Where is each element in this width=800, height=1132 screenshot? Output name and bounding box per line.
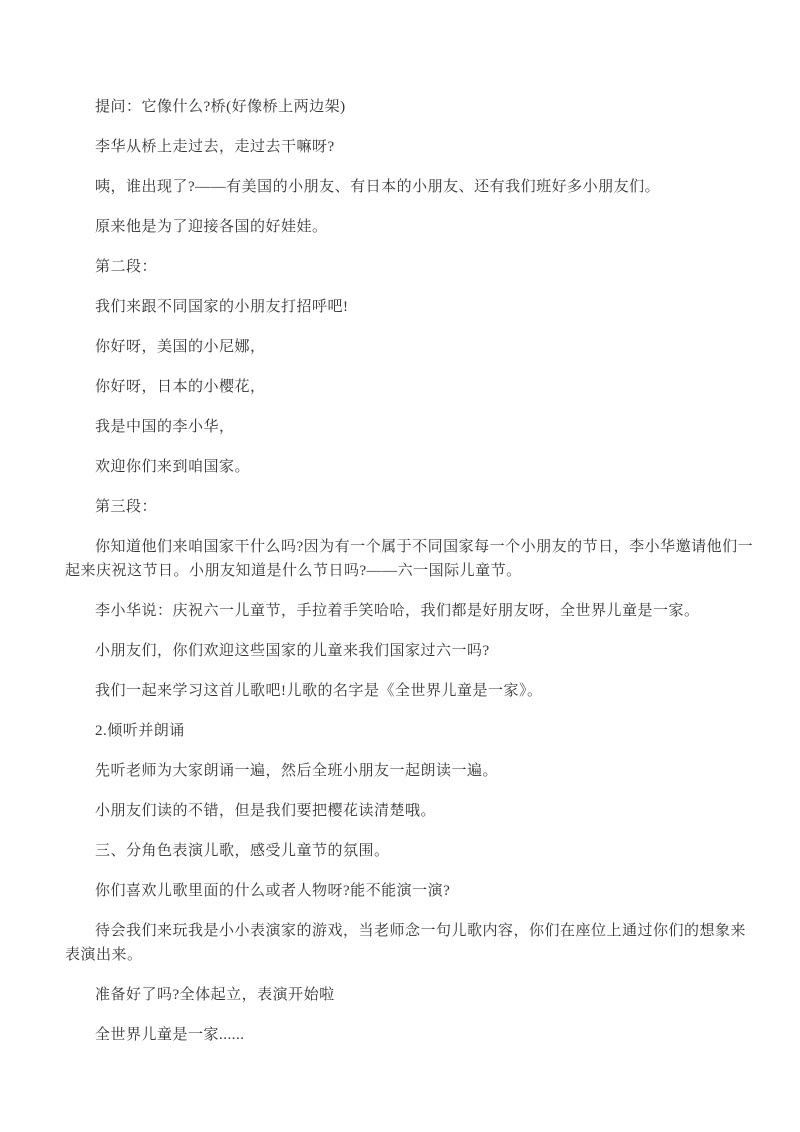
- paragraph: 李小华说：庆祝六一儿童节，手拉着手笑哈哈，我们都是好朋友呀，全世界儿童是一家。: [65, 599, 755, 623]
- paragraph: 待会我们来玩我是小小表演家的游戏，当老师念一句儿歌内容，你们在座位上通过你们的想…: [65, 919, 755, 967]
- paragraph: 全世界儿童是一家......: [65, 1023, 755, 1047]
- paragraph: 准备好了吗?全体起立，表演开始啦: [65, 983, 755, 1007]
- paragraph: 2.倾听并朗诵: [65, 719, 755, 743]
- paragraph: 你好呀，日本的小樱花，: [65, 375, 755, 399]
- paragraph: 第二段：: [65, 255, 755, 279]
- paragraph: 第三段：: [65, 495, 755, 519]
- paragraph: 你们喜欢儿歌里面的什么或者人物呀?能不能演一演?: [65, 879, 755, 903]
- paragraph: 你知道他们来咱国家干什么吗?因为有一个属于不同国家每一个小朋友的节日，李小华邀请…: [65, 535, 755, 583]
- paragraph: 小朋友们，你们欢迎这些国家的儿童来我们国家过六一吗?: [65, 639, 755, 663]
- paragraph: 咦，谁出现了?——有美国的小朋友、有日本的小朋友、还有我们班好多小朋友们。: [65, 175, 755, 199]
- document-body: 提问：它像什么?桥(好像桥上两边架)李华从桥上走过去，走过去干嘛呀?咦，谁出现了…: [0, 0, 800, 1047]
- paragraph: 欢迎你们来到咱国家。: [65, 455, 755, 479]
- paragraph: 小朋友们读的不错，但是我们要把樱花读清楚哦。: [65, 799, 755, 823]
- paragraph: 提问：它像什么?桥(好像桥上两边架): [65, 95, 755, 119]
- paragraph: 你好呀，美国的小尼娜，: [65, 335, 755, 359]
- paragraph: 我是中国的李小华，: [65, 415, 755, 439]
- paragraph: 先听老师为大家朗诵一遍，然后全班小朋友一起朗读一遍。: [65, 759, 755, 783]
- paragraph: 三、分角色表演儿歌，感受儿童节的氛围。: [65, 839, 755, 863]
- paragraph: 我们一起来学习这首儿歌吧!儿歌的名字是《全世界儿童是一家》。: [65, 679, 755, 703]
- document-page: 提问：它像什么?桥(好像桥上两边架)李华从桥上走过去，走过去干嘛呀?咦，谁出现了…: [0, 0, 800, 1132]
- paragraph: 我们来跟不同国家的小朋友打招呼吧!: [65, 295, 755, 319]
- paragraph: 原来他是为了迎接各国的好娃娃。: [65, 215, 755, 239]
- paragraph: 李华从桥上走过去，走过去干嘛呀?: [65, 135, 755, 159]
